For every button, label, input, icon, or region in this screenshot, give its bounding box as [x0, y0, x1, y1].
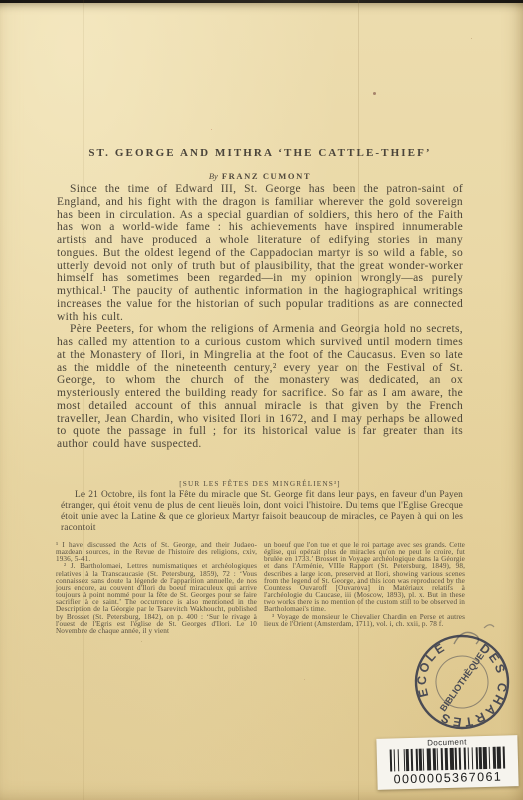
- paragraph: Since the time of Edward III, St. George…: [57, 183, 463, 323]
- article-title: ST. GEORGE AND MITHRA ‘THE CATTLE-THIEF’: [57, 147, 463, 159]
- footnotes-left-column: ¹ I have discussed the Acts of St. Georg…: [56, 542, 257, 635]
- stamp-center-text: BIBLIOTHÈQUE: [437, 650, 486, 713]
- library-stamp-icon: ÉCOLE DES CHARTES BIBLIOTHÈQUE: [402, 622, 522, 742]
- author-name: FRANZ CUMONT: [222, 171, 311, 181]
- article-byline: By FRANZ CUMONT: [57, 166, 463, 184]
- paragraph: Père Peeters, for whom the religions of …: [57, 323, 463, 451]
- footnote: ² J. Bartholomaei, Lettres numismatiques…: [56, 563, 257, 635]
- barcode-label: Document 0000005367061: [376, 735, 518, 790]
- quote-heading: [SUR LES FÊTES DES MINGRÉLIENS³]: [57, 479, 463, 488]
- footnote-continuation: un boeuf que l'on tue et que le roi part…: [264, 542, 465, 614]
- footnotes-right-column: un boeuf que l'on tue et que le roi part…: [264, 542, 465, 628]
- block-quote: Le 21 Octobre, ils font la Fête du mirac…: [61, 490, 463, 534]
- scanned-page: ST. GEORGE AND MITHRA ‘THE CATTLE-THIEF’…: [0, 0, 523, 800]
- barcode-bars: [377, 746, 519, 772]
- barcode-number: 0000005367061: [377, 769, 518, 787]
- byline-prefix: By: [209, 171, 218, 181]
- article-body: Since the time of Edward III, St. George…: [57, 183, 463, 451]
- footnote: ¹ I have discussed the Acts of St. Georg…: [56, 542, 257, 563]
- ink-specks: [373, 92, 376, 95]
- scan-edge-top: [0, 0, 523, 3]
